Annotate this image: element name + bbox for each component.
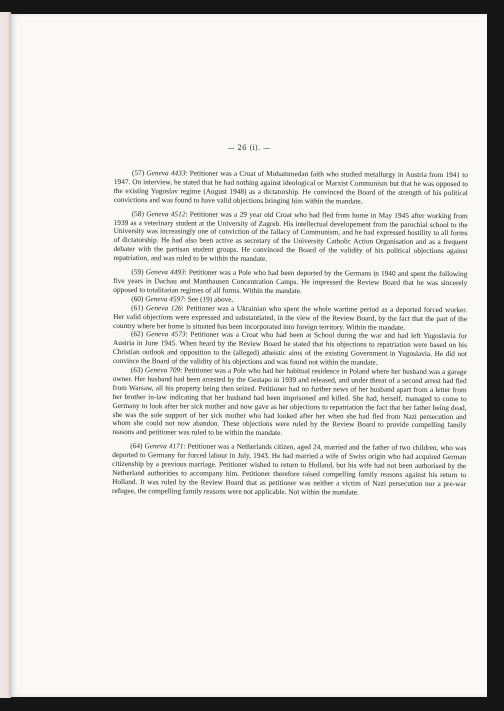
case-reference: Geneva 4597 — [145, 294, 184, 303]
entry-number: (64) — [130, 441, 142, 450]
case-reference: Geneva 126 — [146, 303, 182, 312]
page-number: — 26 (i). — — [11, 144, 487, 152]
entry-number: (62) — [131, 330, 143, 339]
entry-58: (58) Geneva 4512: Petitioner was a 29 ye… — [113, 210, 467, 266]
entry-text: : See (19) above. — [184, 294, 234, 303]
entry-number: (60) — [131, 294, 143, 303]
entry-59: (59) Geneva 4493: Petitioner was a Pole … — [113, 268, 467, 297]
case-reference: Geneva 4493 — [146, 267, 185, 276]
case-reference: Geneva 4573 — [146, 330, 186, 339]
entry-63: (63) Geneva 709: Petitioner was a Pole w… — [112, 366, 466, 439]
entry-number: (63) — [131, 365, 143, 374]
entry-number: (58) — [132, 209, 144, 218]
body-text: (57) Geneva 4433: Petitioner was a Croat… — [112, 169, 468, 498]
entry-62: (62) Geneva 4573: Petitioner was a Croat… — [113, 330, 467, 368]
document-page: — 26 (i). — (57) Geneva 4433: Petitioner… — [11, 14, 487, 697]
case-reference: Geneva 4512 — [146, 209, 185, 218]
adjacent-page-edge — [0, 12, 11, 698]
entry-number: (61) — [131, 303, 143, 312]
entry-64: (64) Geneva 4171: Petitioner was a Nethe… — [112, 442, 466, 498]
entry-text: : Petitioner was a Pole who had her habi… — [112, 365, 466, 437]
case-reference: Geneva 709 — [145, 365, 180, 374]
entry-number: (57) — [132, 168, 144, 177]
entry-61: (61) Geneva 126: Petitioner was a Ukrain… — [113, 304, 467, 333]
case-reference: Geneva 4433 — [146, 168, 185, 177]
entry-text: : Petitioner was a 29 year old Croat who… — [113, 209, 467, 263]
entry-text: : Petitioner was a Netherlands citizen, … — [112, 442, 466, 497]
entry-57: (57) Geneva 4433: Petitioner was a Croat… — [114, 169, 468, 207]
case-reference: Geneva 4171 — [144, 441, 183, 450]
entry-number: (59) — [131, 267, 143, 276]
